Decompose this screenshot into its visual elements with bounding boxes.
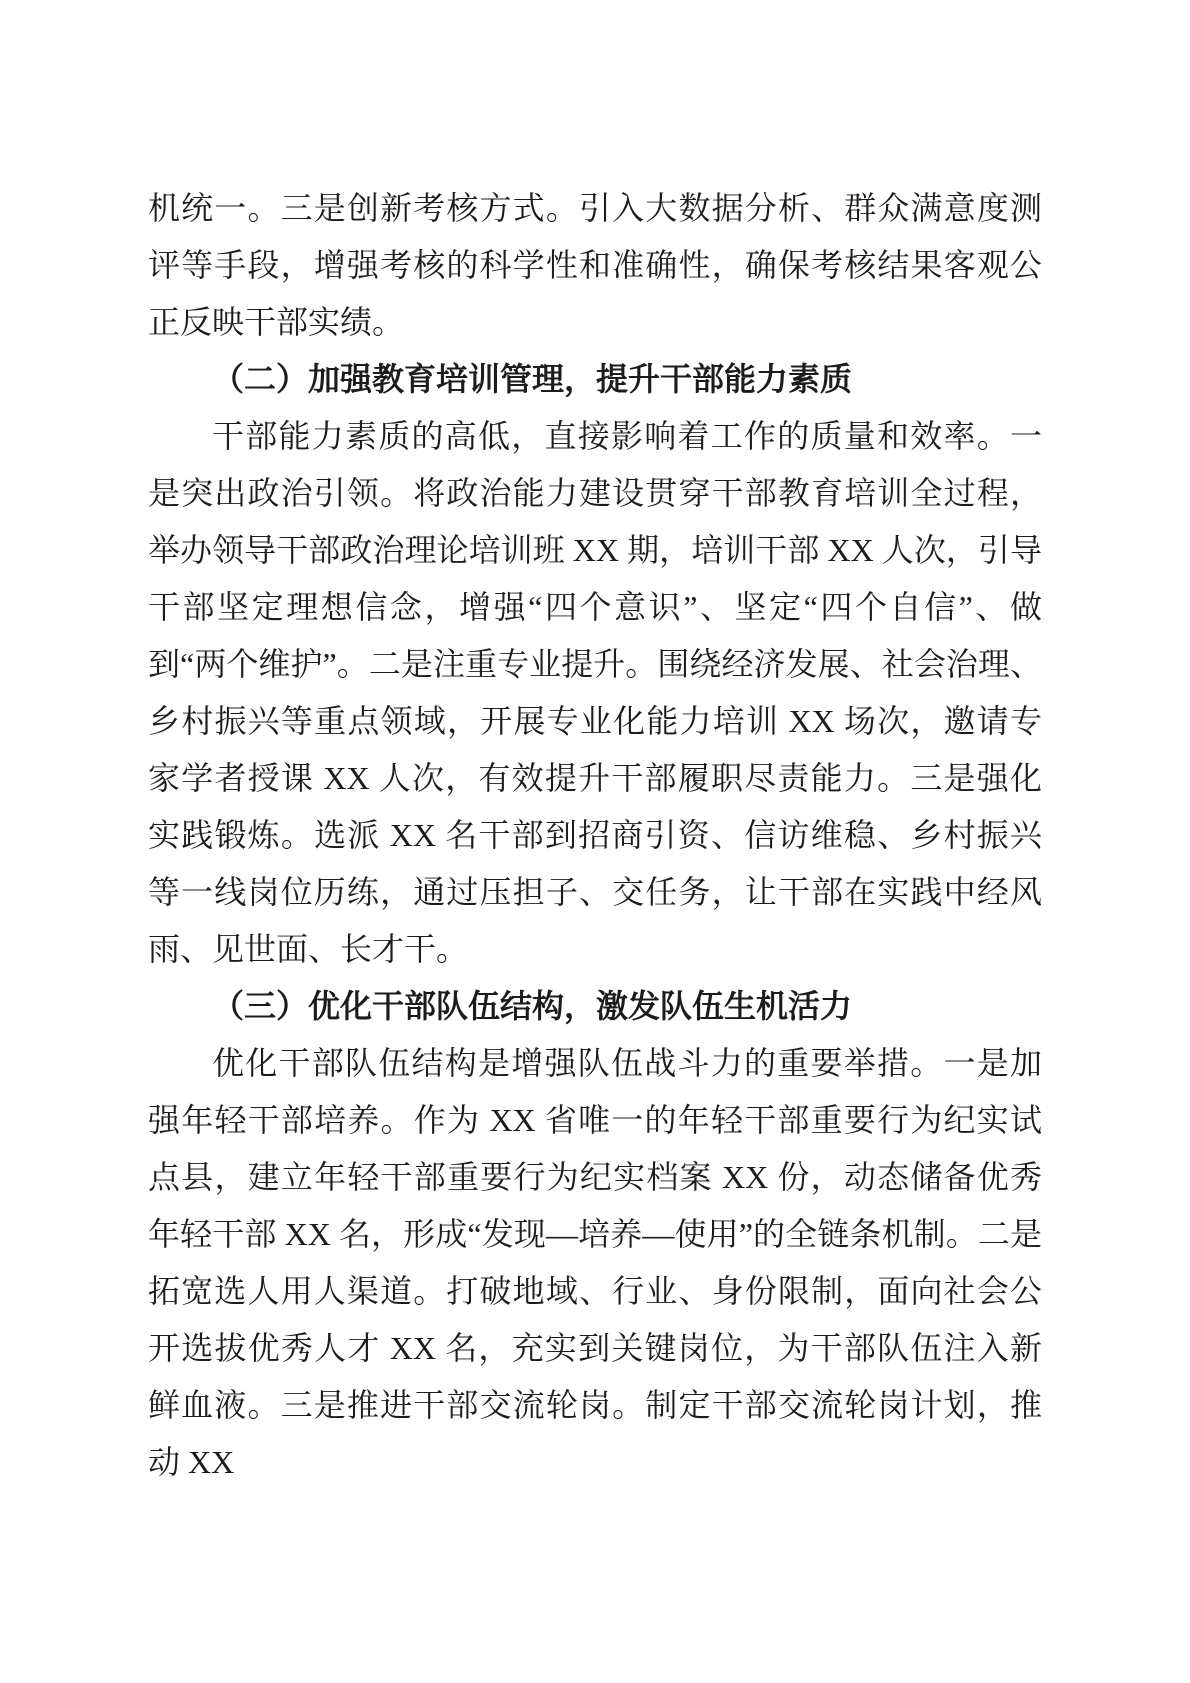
paragraph-section-2: 干部能力素质的高低，直接影响着工作的质量和效率。一是突出政治引领。将政治能力建设… bbox=[148, 408, 1042, 978]
paragraph-section-3: 优化干部队伍结构是增强队伍战斗力的重要举措。一是加强年轻干部培养。作为 XX 省… bbox=[148, 1035, 1042, 1491]
section-heading-2: （二）加强教育培训管理，提升干部能力素质 bbox=[148, 351, 1042, 408]
paragraph-continuation: 机统一。三是创新考核方式。引入大数据分析、群众满意度测评等手段，增强考核的科学性… bbox=[148, 180, 1042, 351]
section-heading-3: （三）优化干部队伍结构，激发队伍生机活力 bbox=[148, 978, 1042, 1035]
document-page: 机统一。三是创新考核方式。引入大数据分析、群众满意度测评等手段，增强考核的科学性… bbox=[0, 0, 1190, 1683]
